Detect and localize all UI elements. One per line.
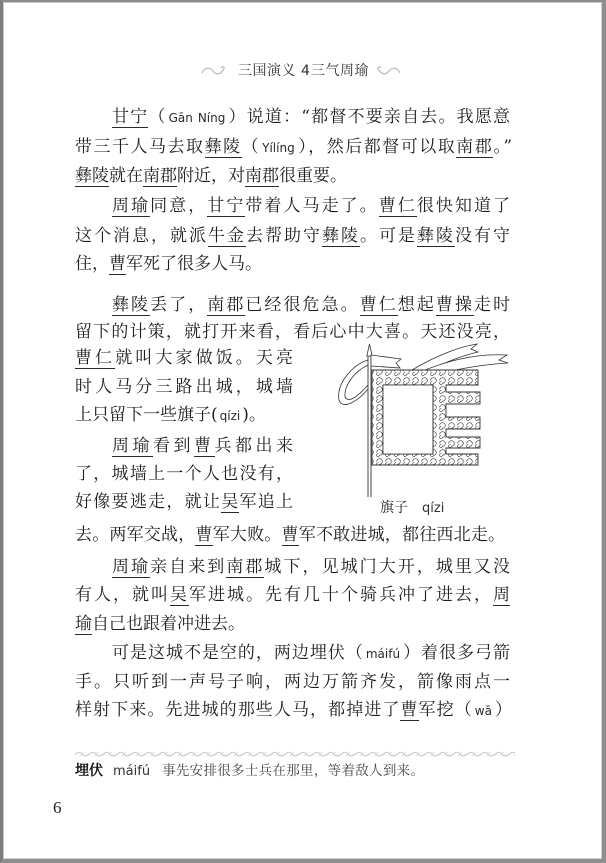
pinyin-annotation: Gān Níng [167, 111, 228, 125]
text-run: 住， [75, 254, 109, 274]
header-ornament-right-icon [375, 66, 402, 76]
text-run: 手。只听到一声号子响，两边万箭齐发，箭像雨点一 [75, 672, 510, 692]
text-run: 样射下来。先进城的那些人马，都掉进了 [75, 700, 400, 720]
text-run: 去。两军交战， [75, 525, 195, 545]
book-page: 三国演义 4 三气周瑜 甘宁（Gān Níng）说道：“都督不要亲自去。我愿意 … [0, 0, 606, 863]
pinyin-annotation: qízi [218, 409, 243, 423]
text-line: 甘宁（Gān Níng）说道：“都督不要亲自去。我愿意 [112, 106, 510, 128]
text-line: 彝陵丢了，南郡已经很危急。曹仁想起曹操走时 [112, 294, 510, 316]
text-run: 。” [493, 137, 512, 157]
proper-noun: 彝陵 [112, 295, 150, 316]
text-run: 就在 [109, 166, 143, 186]
text-run: 同意， [150, 196, 207, 216]
text-run: 留下的计策，就打开来看，看后心中大喜。天还没亮， [75, 322, 510, 342]
page-number: 6 [53, 798, 62, 818]
text-line: 时人马分三路出城，城墙 [75, 376, 293, 398]
pinyin-annotation: Yílíng [260, 141, 297, 155]
figure-caption-text: 旗子 [380, 500, 408, 516]
proper-noun: 彝陵 [322, 226, 360, 247]
proper-noun: 周瑜 [112, 557, 150, 578]
text-line: 带三千人马去取彝陵（Yílíng），然后都督可以取南郡。” [75, 136, 512, 158]
text-run: （ [242, 137, 261, 157]
text-run: ）着很多弓箭 [402, 643, 510, 663]
proper-noun: 曹仁 [360, 295, 398, 316]
footnote-term: 埋伏 [75, 763, 103, 779]
proper-noun: 南郡 [245, 166, 279, 187]
proper-noun: 甘宁 [112, 107, 148, 128]
text-run: 好像要逃走，就让 [75, 492, 221, 512]
proper-noun: 彝陵 [205, 137, 242, 158]
text-run: 城下，见城门大开，城里又没 [264, 557, 510, 577]
text-line: 好像要逃走，就让吴军追上 [75, 491, 293, 513]
text-line: 曹仁就叫大家做饭。天亮 [75, 347, 293, 369]
proper-noun: 牛金 [208, 226, 246, 247]
proper-noun: 曹仁 [379, 196, 417, 217]
text-run: 看到 [153, 436, 194, 456]
text-run: 很重要。 [279, 166, 347, 186]
text-run: 没有守 [455, 226, 510, 246]
text-run: 可是这城不是空的，两边埋伏（ [112, 643, 364, 663]
proper-noun: 吴 [170, 585, 189, 606]
proper-noun: 周 [493, 585, 510, 606]
text-run: 丢了， [150, 295, 207, 315]
text-run: 就叫大家做饭。天亮 [115, 348, 293, 368]
text-run: （ [148, 107, 166, 127]
header-ornament-left-icon [200, 66, 227, 76]
proper-noun: 曹仁 [75, 348, 115, 369]
text-run: 想起 [398, 295, 436, 315]
text-run: 上只留下一些旗子( [75, 405, 218, 425]
text-run: 军进城。先有几十个骑兵冲了进去， [189, 585, 493, 605]
text-line: 有人，就叫吴军进城。先有几十个骑兵冲了进去，周 [75, 584, 510, 606]
proper-noun: 南郡 [226, 557, 264, 578]
text-run: 走时 [474, 295, 510, 315]
text-line: 了，城墙上一个人也没有， [75, 463, 293, 485]
proper-noun: 南郡 [207, 295, 245, 316]
proper-noun: 甘宁 [207, 196, 245, 217]
text-line: 去。两军交战，曹军大败。曹军不敢进城，都往西北走。 [75, 524, 505, 546]
text-line: 手。只听到一声号子响，两边万箭齐发，箭像雨点一 [75, 671, 510, 693]
text-run: 去帮助守 [246, 226, 322, 246]
text-line: 瑜自己也跟着冲进去。 [75, 613, 510, 635]
figure-caption: 旗子qízi [380, 499, 444, 518]
proper-noun: 南郡 [456, 137, 493, 158]
text-line: 周瑜看到曹兵都出来 [112, 435, 293, 457]
text-line: 样射下来。先进城的那些人马，都掉进了曹军挖（wā） [75, 699, 512, 721]
proper-noun: 彝陵 [75, 166, 109, 187]
proper-noun: 彝陵 [417, 226, 455, 247]
text-run: 带三千人马去取 [75, 137, 205, 157]
text-run: 军追上 [239, 492, 293, 512]
text-run: 这个消息，就派 [75, 226, 208, 246]
text-run: 兵都出来 [215, 436, 294, 456]
text-run: )。 [242, 405, 266, 425]
text-run: 军死了很多人马。 [126, 254, 262, 274]
footnote-divider [75, 750, 515, 758]
flag-illustration-icon [330, 340, 515, 500]
proper-noun: 曹操 [436, 295, 474, 316]
text-line: 可是这城不是空的，两边埋伏（máifú）着很多弓箭 [112, 642, 510, 664]
text-run: 了，城墙上一个人也没有， [75, 464, 293, 484]
pinyin-annotation: wā [473, 704, 494, 718]
text-run: 亲自来到 [150, 557, 226, 577]
figure-caption-pinyin: qízi [422, 501, 444, 516]
pinyin-annotation: máifú [364, 647, 402, 661]
text-run: 。可是 [360, 226, 417, 246]
proper-noun: 周瑜 [112, 436, 153, 457]
text-run: 时人马分三路出城，城墙 [75, 377, 293, 397]
proper-noun: 曹 [195, 525, 212, 546]
proper-noun: 曹 [282, 525, 299, 546]
text-run: ） [494, 700, 512, 720]
footnote: 埋伏máifú事先安排很多士兵在那里，等着敌人到来。 [75, 761, 424, 781]
proper-noun: 曹 [194, 436, 215, 457]
proper-noun: 吴 [221, 492, 239, 513]
proper-noun: 曹 [400, 700, 418, 721]
header-chapter-title: 三气周瑜 [311, 62, 369, 80]
text-run: 很快知道了 [417, 196, 510, 216]
text-run: 已经很危急。 [245, 295, 359, 315]
text-line: 上只留下一些旗子(qízi)。 [75, 404, 293, 426]
proper-noun: 瑜 [75, 614, 92, 635]
text-line: 这个消息，就派牛金去帮助守彝陵。可是彝陵没有守 [75, 225, 510, 247]
text-line: 住，曹军死了很多人马。 [75, 253, 510, 275]
text-run: ）说道：“都督不要亲自去。我愿意 [227, 107, 510, 127]
text-run: 自己也跟着冲进去。 [92, 614, 245, 634]
proper-noun: 曹 [109, 254, 126, 275]
text-line: 周瑜亲自来到南郡城下，见城门大开，城里又没 [112, 556, 510, 578]
text-run: 军不敢进城，都往西北走。 [299, 525, 505, 545]
header-book-title: 三国演义 4 [238, 62, 310, 80]
text-run: 军大败。 [213, 525, 282, 545]
text-line: 周瑜同意，甘宁带着人马走了。曹仁很快知道了 [112, 195, 510, 217]
text-run: 带着人马走了。 [245, 196, 378, 216]
footnote-pinyin: máifú [113, 764, 150, 779]
proper-noun: 周瑜 [112, 196, 150, 217]
text-run: ），然后都督可以取 [297, 137, 457, 157]
text-run: 军挖（ [419, 700, 473, 720]
text-run: 有人，就叫 [75, 585, 170, 605]
text-line: 彝陵就在南郡附近，对南郡很重要。 [75, 165, 512, 187]
text-run: 附近，对 [177, 166, 245, 186]
proper-noun: 南郡 [143, 166, 177, 187]
footnote-definition: 事先安排很多士兵在那里，等着敌人到来。 [162, 763, 424, 779]
